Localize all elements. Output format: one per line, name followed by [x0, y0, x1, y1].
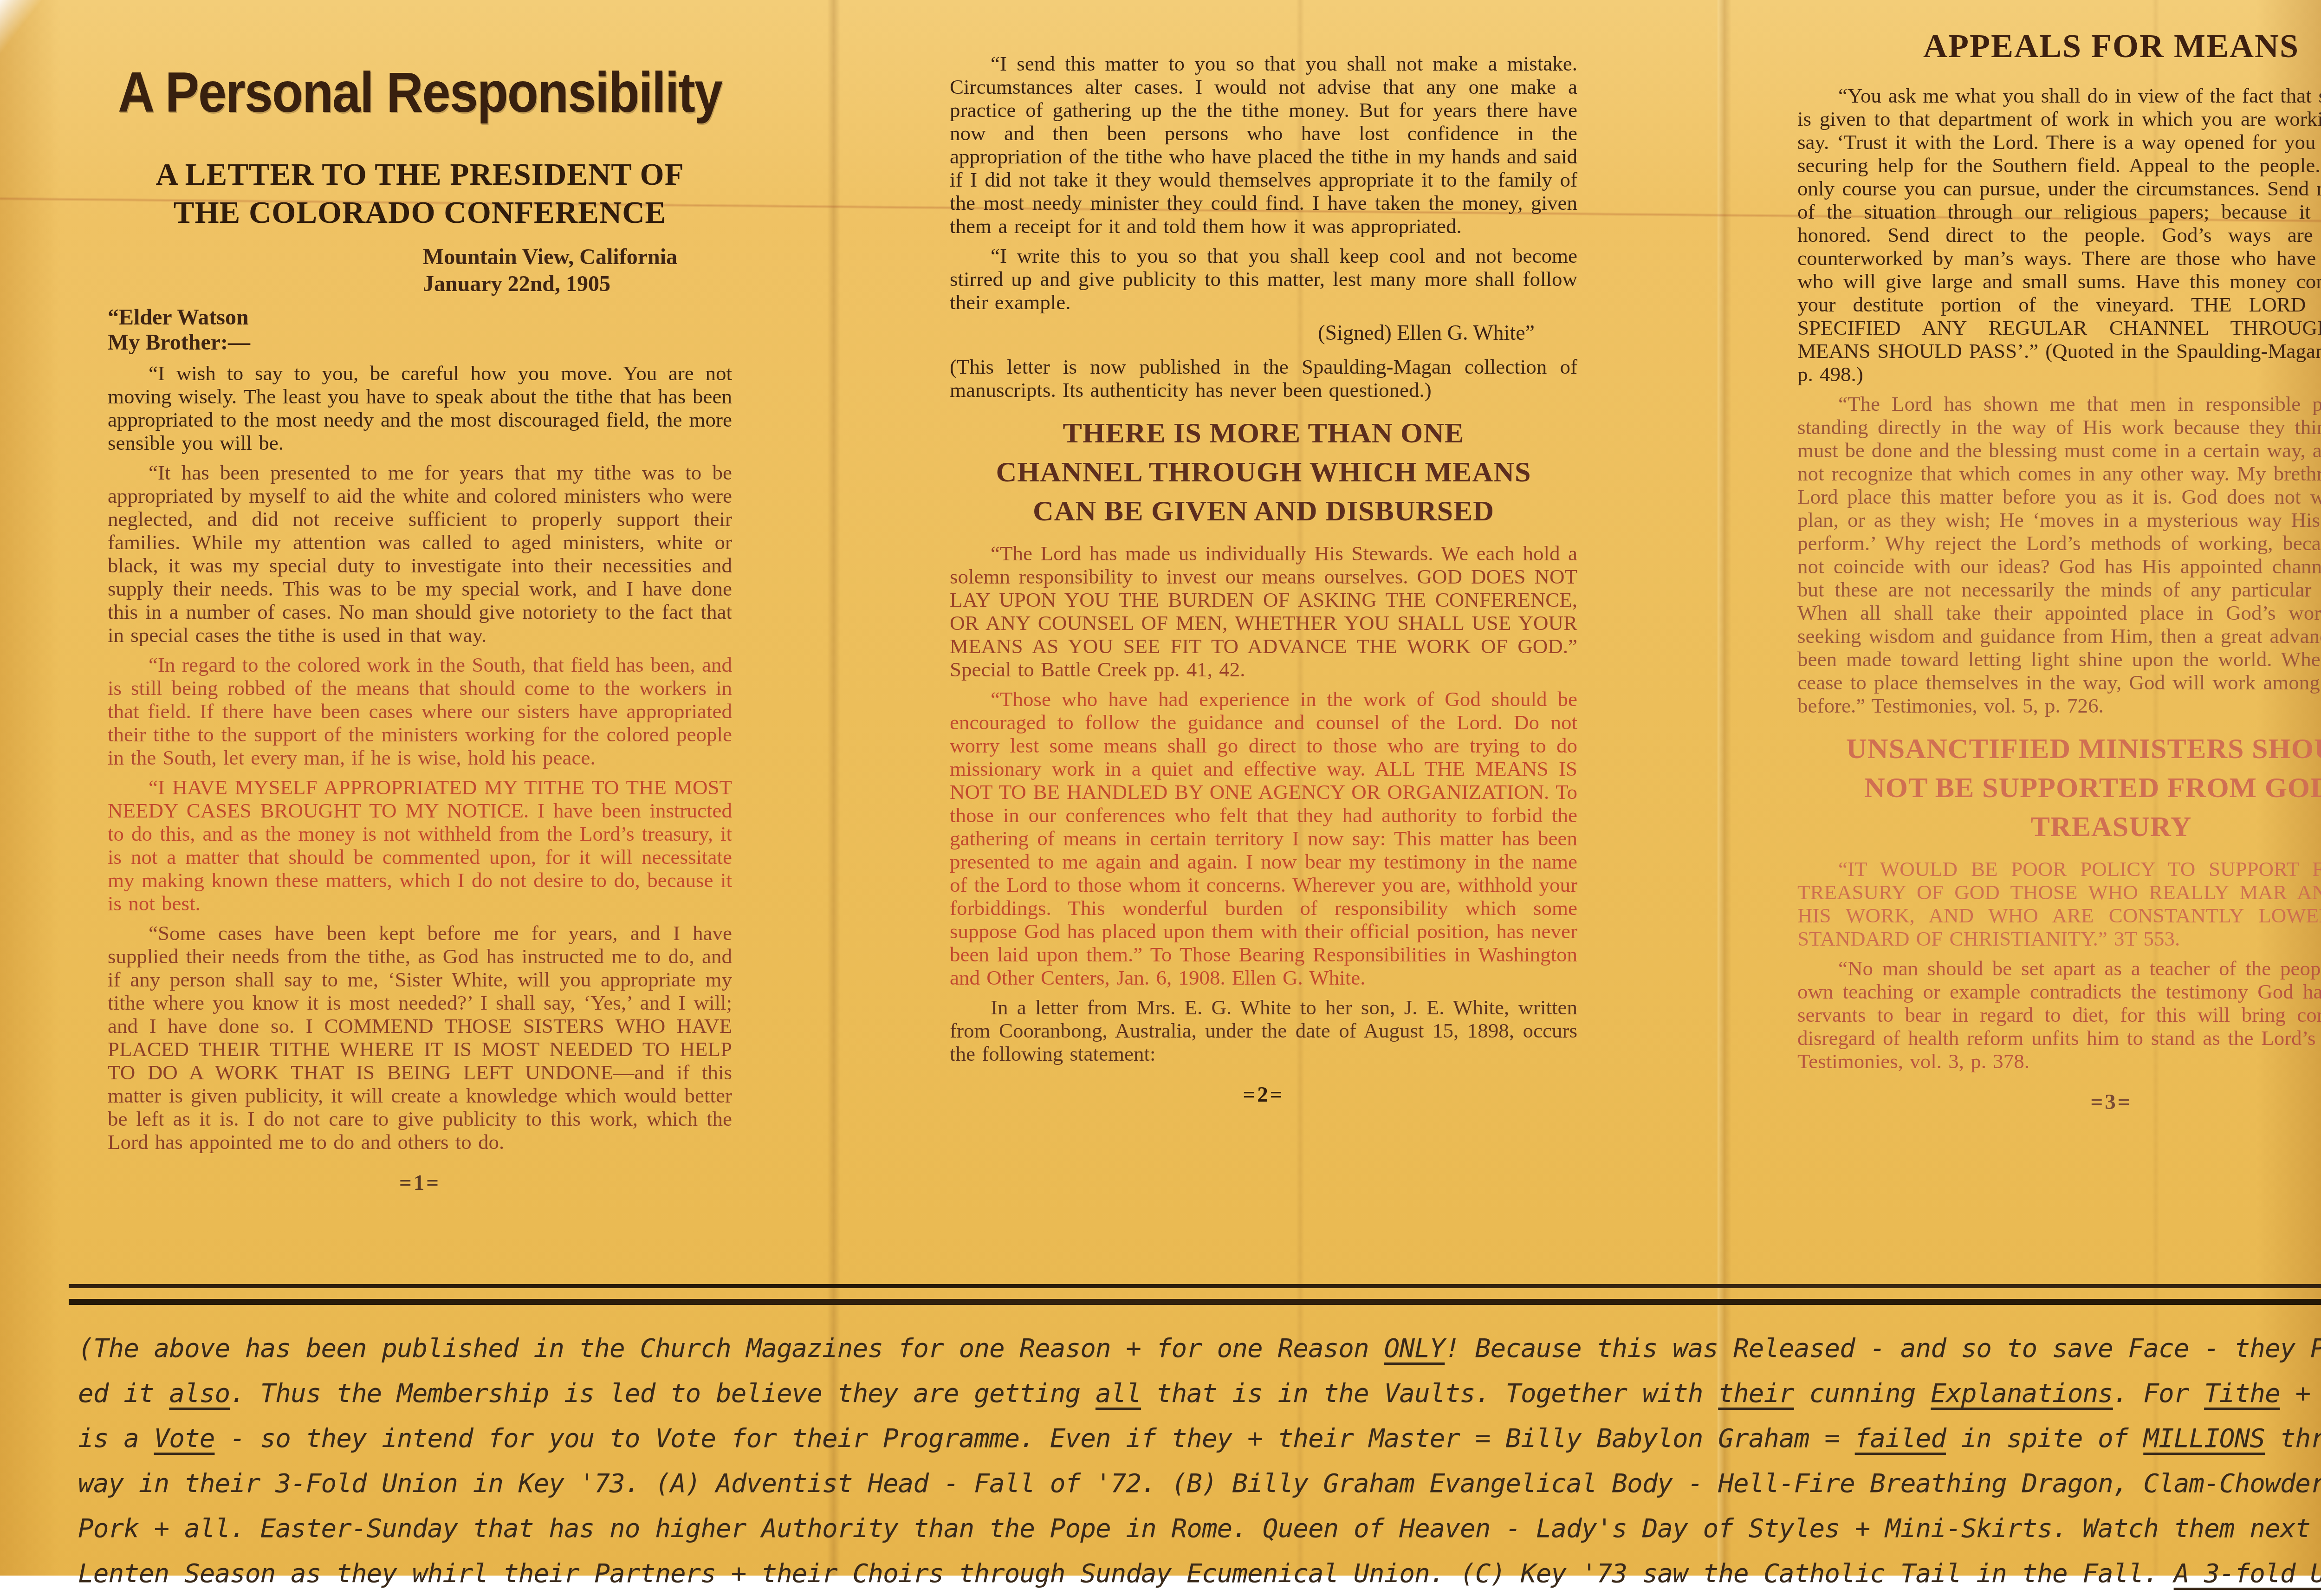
section-heading-line2: NOT BE SUPPORTED FROM GOD’S	[1797, 768, 2321, 807]
page-number-2: =2=	[950, 1082, 1577, 1107]
typed-note-line: Pork + all. Easter-Sunday that has no hi…	[78, 1506, 2321, 1551]
section-heading-line3: TREASURY	[1797, 807, 2321, 846]
publication-note: (This letter is now published in the Spa…	[950, 355, 1577, 402]
paragraph: In a letter from Mrs. E. G. White to her…	[950, 996, 1577, 1065]
dateline-place: Mountain View, California	[423, 244, 677, 271]
section-heading-line1: UNSANCTIFIED MINISTERS SHOULD	[1797, 729, 2321, 768]
salutation-addressee: “Elder Watson	[108, 305, 732, 330]
letter-subtitle-line1: A LETTER TO THE PRESIDENT OF	[108, 156, 732, 194]
letter-subtitle-line2: THE COLORADO CONFERENCE	[108, 194, 732, 232]
paragraph: “I HAVE MYSELF APPROPRIATED MY TITHE TO …	[108, 776, 732, 915]
salutation: “Elder Watson My Brother:—	[108, 305, 732, 355]
typed-note: (The above has been published in the Chu…	[78, 1326, 2321, 1576]
section-heading-line1: THERE IS MORE THAN ONE	[950, 414, 1577, 453]
paragraph: “I write this to you so that you shall k…	[950, 244, 1577, 314]
typed-note-line: is a Vote - so they intend for you to Vo…	[78, 1416, 2321, 1461]
dateline-date: January 22nd, 1905	[423, 271, 677, 298]
section-heading-channel: THERE IS MORE THAN ONE CHANNEL THROUGH W…	[950, 414, 1577, 531]
column-right: APPEALS FOR MEANS “You ask me what you s…	[1797, 27, 2321, 1115]
paragraph: “No man should be set apart as a teacher…	[1797, 957, 2321, 1073]
section-heading-appeals: APPEALS FOR MEANS	[1797, 27, 2321, 65]
section-heading-unsanctified: UNSANCTIFIED MINISTERS SHOULD NOT BE SUP…	[1797, 729, 2321, 846]
paragraph: “It has been presented to me for years t…	[108, 461, 732, 647]
page-number-3: =3=	[1797, 1090, 2321, 1115]
paragraph: “The Lord has shown me that men in respo…	[1797, 392, 2321, 717]
divider-rule-bottom	[69, 1299, 2321, 1305]
paragraph: “You ask me what you shall do in view of…	[1797, 84, 2321, 386]
divider-rule-top	[69, 1284, 2321, 1288]
paragraph: “The Lord has made us individually His S…	[950, 542, 1577, 681]
paragraph: “In regard to the colored work in the So…	[108, 653, 732, 769]
page-number-1: =1=	[108, 1170, 732, 1195]
column-middle: “I send this matter to you so that you s…	[950, 52, 1577, 1107]
typed-note-line: (The above has been published in the Chu…	[78, 1326, 2321, 1371]
section-heading-line3: CAN BE GIVEN AND DISBURSED	[950, 492, 1577, 531]
paragraph: “I send this matter to you so that you s…	[950, 52, 1577, 238]
column-left: A Personal Responsibility A LETTER TO TH…	[108, 59, 732, 1195]
typed-note-line: ed it also. Thus the Membership is led t…	[78, 1371, 2321, 1416]
paragraph: “I wish to say to you, be careful how yo…	[108, 362, 732, 454]
letter-subtitle: A LETTER TO THE PRESIDENT OF THE COLORAD…	[108, 156, 732, 232]
paragraph: “Some cases have been kept before me for…	[108, 921, 732, 1154]
dateline: Mountain View, California January 22nd, …	[423, 244, 677, 298]
paragraph: “Those who have had experience in the wo…	[950, 688, 1577, 989]
page-title: A Personal Responsibility	[114, 59, 726, 125]
signature-line: (Signed) Ellen G. White”	[1318, 320, 1535, 345]
salutation-greeting: My Brother:—	[108, 330, 732, 355]
paragraph: “IT WOULD BE POOR POLICY TO SUPPORT FROM…	[1797, 857, 2321, 950]
typed-note-line: Lenten Season as they whirl their Partne…	[78, 1551, 2321, 1576]
section-heading-line2: CHANNEL THROUGH WHICH MEANS	[950, 453, 1577, 492]
typed-note-line: way in their 3-Fold Union in Key '73. (A…	[78, 1461, 2321, 1506]
